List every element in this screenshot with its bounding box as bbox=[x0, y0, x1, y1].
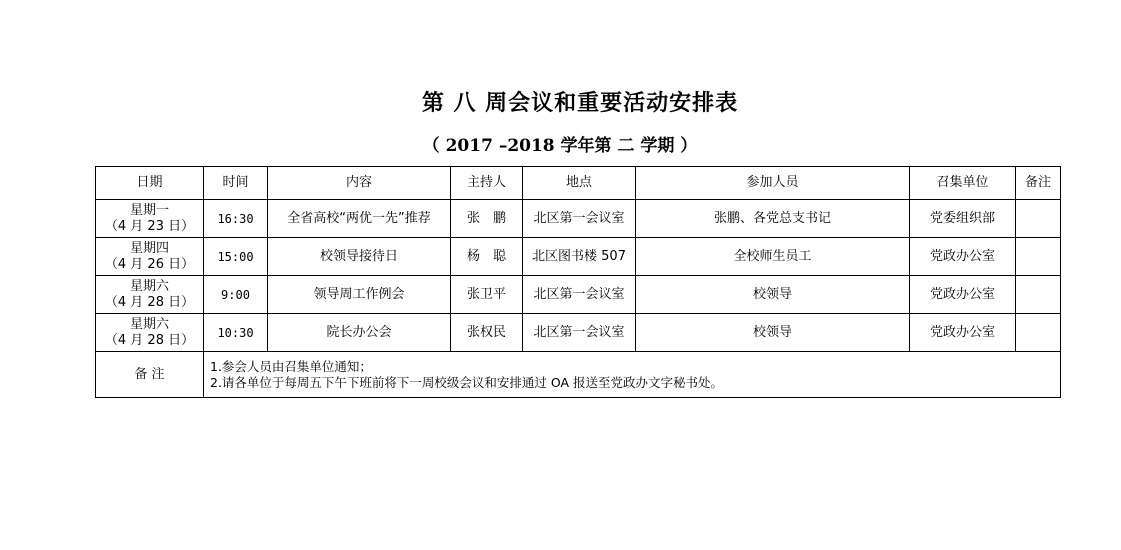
time-cell: 10:30 bbox=[204, 314, 268, 352]
organizer-cell: 党委组织部 bbox=[910, 200, 1016, 238]
weekday: 星期六 bbox=[96, 279, 203, 295]
notes-content: 1.参会人员由召集单位通知； 2.请各单位于每周五下午下班前将下一周校级会议和安… bbox=[204, 352, 1061, 398]
host-cell: 杨 聪 bbox=[451, 238, 523, 276]
time-cell: 16:30 bbox=[204, 200, 268, 238]
table-row: 星期一 （4 月 23 日） 16:30 全省高校“两优一先”推荐 张 鹏 北区… bbox=[96, 200, 1061, 238]
document-title: 第 八 周会议和重要活动安排表 bbox=[0, 86, 1121, 117]
date-cell: 星期四 （4 月 26 日） bbox=[96, 238, 204, 276]
host-cell: 张卫平 bbox=[451, 276, 523, 314]
notes-label: 备 注 bbox=[96, 352, 204, 398]
location-cell: 北区第一会议室 bbox=[523, 314, 636, 352]
document-subtitle: （ 2017 –2018 学年第 二 学期 ） bbox=[0, 131, 1120, 156]
content-cell: 校领导接待日 bbox=[268, 238, 451, 276]
header-date: 日期 bbox=[96, 167, 204, 200]
organizer-cell: 党政办公室 bbox=[910, 238, 1016, 276]
table-row: 星期六 （4 月 28 日） 10:30 院长办公会 张权民 北区第一会议室 校… bbox=[96, 314, 1061, 352]
header-host: 主持人 bbox=[451, 167, 523, 200]
table-header-row: 日期 时间 内容 主持人 地点 参加人员 召集单位 备注 bbox=[96, 167, 1061, 200]
remark-cell bbox=[1016, 238, 1061, 276]
date-cell: 星期六 （4 月 28 日） bbox=[96, 314, 204, 352]
date: （4 月 28 日） bbox=[96, 295, 203, 311]
header-attendees: 参加人员 bbox=[636, 167, 910, 200]
date: （4 月 23 日） bbox=[96, 219, 203, 235]
table-row: 星期四 （4 月 26 日） 15:00 校领导接待日 杨 聪 北区图书楼 50… bbox=[96, 238, 1061, 276]
schedule-table: 日期 时间 内容 主持人 地点 参加人员 召集单位 备注 星期一 （4 月 23… bbox=[95, 166, 1061, 398]
weekday: 星期一 bbox=[96, 203, 203, 219]
date: （4 月 28 日） bbox=[96, 333, 203, 349]
attendees-cell: 张鹏、各党总支书记 bbox=[636, 200, 910, 238]
note-line: 2.请各单位于每周五下午下班前将下一周校级会议和安排通过 OA 报送至党政办文字… bbox=[210, 375, 1060, 391]
location-cell: 北区第一会议室 bbox=[523, 200, 636, 238]
date: （4 月 26 日） bbox=[96, 257, 203, 273]
time-cell: 9:00 bbox=[204, 276, 268, 314]
header-organizer: 召集单位 bbox=[910, 167, 1016, 200]
date-cell: 星期一 （4 月 23 日） bbox=[96, 200, 204, 238]
location-cell: 北区第一会议室 bbox=[523, 276, 636, 314]
time-cell: 15:00 bbox=[204, 238, 268, 276]
host-cell: 张 鹏 bbox=[451, 200, 523, 238]
header-time: 时间 bbox=[204, 167, 268, 200]
table-row: 星期六 （4 月 28 日） 9:00 领导周工作例会 张卫平 北区第一会议室 … bbox=[96, 276, 1061, 314]
notes-row: 备 注 1.参会人员由召集单位通知； 2.请各单位于每周五下午下班前将下一周校级… bbox=[96, 352, 1061, 398]
date-cell: 星期六 （4 月 28 日） bbox=[96, 276, 204, 314]
weekday: 星期六 bbox=[96, 317, 203, 333]
content-cell: 院长办公会 bbox=[268, 314, 451, 352]
content-cell: 领导周工作例会 bbox=[268, 276, 451, 314]
attendees-cell: 校领导 bbox=[636, 314, 910, 352]
location-cell: 北区图书楼 507 bbox=[523, 238, 636, 276]
weekday: 星期四 bbox=[96, 241, 203, 257]
content-cell: 全省高校“两优一先”推荐 bbox=[268, 200, 451, 238]
attendees-cell: 全校师生员工 bbox=[636, 238, 910, 276]
organizer-cell: 党政办公室 bbox=[910, 276, 1016, 314]
remark-cell bbox=[1016, 200, 1061, 238]
remark-cell bbox=[1016, 314, 1061, 352]
host-cell: 张权民 bbox=[451, 314, 523, 352]
header-content: 内容 bbox=[268, 167, 451, 200]
header-remark: 备注 bbox=[1016, 167, 1061, 200]
note-line: 1.参会人员由召集单位通知； bbox=[210, 359, 1060, 375]
header-location: 地点 bbox=[523, 167, 636, 200]
remark-cell bbox=[1016, 276, 1061, 314]
organizer-cell: 党政办公室 bbox=[910, 314, 1016, 352]
attendees-cell: 校领导 bbox=[636, 276, 910, 314]
